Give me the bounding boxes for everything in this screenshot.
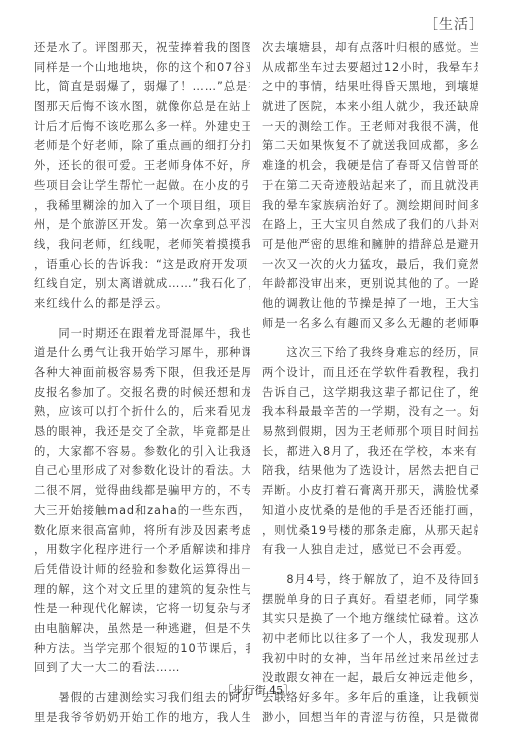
text-line: 自己心里形成了对参数化设计的看法。大一大: [34, 461, 250, 481]
text-line: 在路上，王大宝贝自然成了我们的八卦对象，: [262, 215, 478, 235]
text-line: 我的晕车家族病治好了。测绘期间时间多是耗: [262, 196, 478, 216]
text-line: ，用数字化程序进行一个矛盾解读和排序，最: [34, 540, 250, 560]
text-line: 这次三下给了我终身难忘的经历，同期开: [262, 343, 478, 363]
text-line: 理的解，这个对文丘里的建筑的复杂性与矛盾: [34, 580, 250, 600]
paragraph: 还是水了。评图那天，祝莹捧着我的图图：“同样是一个山地地块，你的这个和07谷亚兰…: [34, 38, 250, 314]
text-line: 红线自定，别太离谱就成……”我石化了，原: [34, 274, 250, 294]
text-line: 二很不屑，觉得曲线都是骗甲方的，不专业；: [34, 481, 250, 501]
text-line: 还是水了。评图那天，祝莹捧着我的图图：“: [34, 38, 250, 58]
text-line: 初中老师比以往多了一个人，我发现那人竟是: [262, 629, 478, 649]
text-line: 告诉自己，这学期我这辈子都记住了，绝对是: [262, 383, 478, 403]
text-line: ，语重心长的告诉我：“这是政府开发项目，: [34, 255, 250, 275]
text-line: 同样是一个山地地块，你的这个和07谷亚兰的: [34, 58, 250, 78]
text-line: 一天的测绘工作。王老师对我很不满，他说我: [262, 117, 478, 137]
text-line: 就进了医院，本来小组人就少，我还缺席了第: [262, 97, 478, 117]
text-line: 恳的眼神，我还是交了全款，毕竟都是出来混: [34, 422, 250, 442]
text-line: 两个设计，而且还在学软件看教程，我打心里: [262, 363, 478, 383]
text-line: 次去壤塘县，却有点落叶归根的感觉。当然，: [262, 38, 478, 58]
text-line: 道是什么勇气让我开始学习犀牛，那种课堂在: [34, 343, 250, 363]
text-line: 后凭借设计师的经验和参数化运算得出一个合: [34, 560, 250, 580]
text-line: 里是我爷爷奶奶开始工作的地方，我人生第一: [34, 708, 250, 728]
text-line: 有我一人独自走过，感觉已不会再爱。: [262, 540, 478, 560]
text-line: 师是一名多么有趣而又多么无趣的老师啊……: [262, 314, 478, 334]
paragraph: 8月4号，终于解放了，迫不及待回到家，摆脱单身的日子真好。看望老师，同学聚会，其…: [262, 570, 478, 728]
paragraph-gap: [34, 314, 250, 324]
text-line: ，我稀里糊涂的加入了一个项目组，项目在贵: [34, 196, 250, 216]
text-line: 我本科最最辛苦的一学期，没有之一。好不容: [262, 402, 478, 422]
text-line: 皮报名参加了。交报名费的时候还想和龙哥很: [34, 383, 250, 403]
text-line: 8月4号，终于解放了，迫不及待回到家，: [262, 570, 478, 590]
text-line: 其实只是换了一个地方继续忙碌着。这次看望: [262, 609, 478, 629]
text-line: 老师是个好老师，除了重点画的细打分打的高: [34, 136, 250, 156]
text-line: 计后才后悔不该吃那么多一样。外建史王梅: [34, 117, 250, 137]
text-line: 一次又一次的火力猛攻，最后，我们竟然连他: [262, 255, 478, 275]
text-line: 我初中时的女神，当年吊丝过来吊丝过去还是: [262, 649, 478, 669]
text-line: 长，都进入8月了，我还在学校，本来有小皮: [262, 442, 478, 462]
text-line: 知道小皮忧桑的是他的手是否还能打画，而我: [262, 501, 478, 521]
text-line: 陪我，结果他为了选设计，居然去把自己的手: [262, 461, 478, 481]
text-line: 于在第二天奇迹般站起来了，而且就没再晕把: [262, 176, 478, 196]
text-line: 渺小，回想当年的青涩与彷徨，只是微微一笑: [262, 708, 478, 728]
text-line: 外，还长的很可爱。王老师身体不好，所以有: [34, 156, 250, 176]
page-footer: ［步行街 45］: [0, 682, 516, 698]
text-line: 从成都坐车过去要超过12小时，我晕车是情理: [262, 58, 478, 78]
text-line: 回到了大一大二的看法……: [34, 658, 250, 678]
text-line: 他的调教让他的节操是掉了一地，王大宝贝老: [262, 294, 478, 314]
right-column: 次去壤塘县，却有点落叶归根的感觉。当然，从成都坐车过去要超过12小时，我晕车是情…: [262, 38, 478, 727]
text-line: 熟，应该可以打个折什么的，后来看见龙哥诚: [34, 402, 250, 422]
text-line: 种方法。当学完那个很短的10节课后，我又: [34, 639, 250, 659]
text-line: 由电脑解决，虽然是一种逃避，但是不失为一: [34, 619, 250, 639]
text-line: ，则忧桑19号楼的那条走廊，从那天起就只: [262, 521, 478, 541]
left-column: 还是水了。评图那天，祝莹捧着我的图图：“同样是一个山地地块，你的这个和07谷亚兰…: [34, 38, 250, 727]
text-line: 图那天后悔不该水图，就像你总是在站上体重: [34, 97, 250, 117]
paragraph-gap: [262, 333, 478, 343]
text-line: 州，是个旅游区开发。第一次拿到总平没有红: [34, 215, 250, 235]
text-line: 些项目会让学生帮忙一起做。在小皮的引荐下: [34, 176, 250, 196]
text-line: 数化原来很高富帅，将所有涉及因素考虑进来: [34, 521, 250, 541]
paragraph: 这次三下给了我终身难忘的经历，同期开两个设计，而且还在学软件看教程，我打心里告诉…: [262, 343, 478, 560]
text-line: 难逢的机会，我硬是信了春哥又信曾哥的，终: [262, 156, 478, 176]
text-line: 各种大神面前极容易秀下限，但我还是厚起脸: [34, 363, 250, 383]
text-line: 性是一种现代化解读，它将一切复杂与矛盾交: [34, 599, 250, 619]
text-line: 可是他严密的思维和臃肿的措辞总是避开我们: [262, 235, 478, 255]
text-line: 摆脱单身的日子真好。看望老师，同学聚会，: [262, 590, 478, 610]
text-line: 弄断。小皮打着石膏离开那天，满脸忧桑，我: [262, 481, 478, 501]
text-line: 线，我问老师，红线呢，老师笑着摸摸我的头: [34, 235, 250, 255]
text-line: 第二天如果恢复不了就送我回成都，多么千载: [262, 136, 478, 156]
text-line: 同一时期还在跟着龙哥混犀牛，我也不知: [34, 324, 250, 344]
text-line: 之中的事情，结果吐得昏天黑地，到壤塘那天: [262, 77, 478, 97]
section-tag: ［生活］: [424, 14, 484, 34]
paragraph: 次去壤塘县，却有点落叶归根的感觉。当然，从成都坐车过去要超过12小时，我晕车是情…: [262, 38, 478, 333]
text-line: 来红线什么的都是浮云。: [34, 294, 250, 314]
text-line: 大三开始接触mad和zaha的一些东西，发现参: [34, 501, 250, 521]
text-line: 比，简直是弱爆了，弱爆了！……”总是在交: [34, 77, 250, 97]
paragraph: 同一时期还在跟着龙哥混犀牛，我也不知道是什么勇气让我开始学习犀牛，那种课堂在各种…: [34, 324, 250, 678]
text-line: 年龄都没审出来，更别说其他的了。一路上对: [262, 274, 478, 294]
text-line: 易熬到假期，因为王老师那个项目时间拉得很: [262, 422, 478, 442]
paragraph-gap: [262, 560, 478, 570]
text-line: 的，大家都不容易。参数化的引入让我逐渐在: [34, 442, 250, 462]
